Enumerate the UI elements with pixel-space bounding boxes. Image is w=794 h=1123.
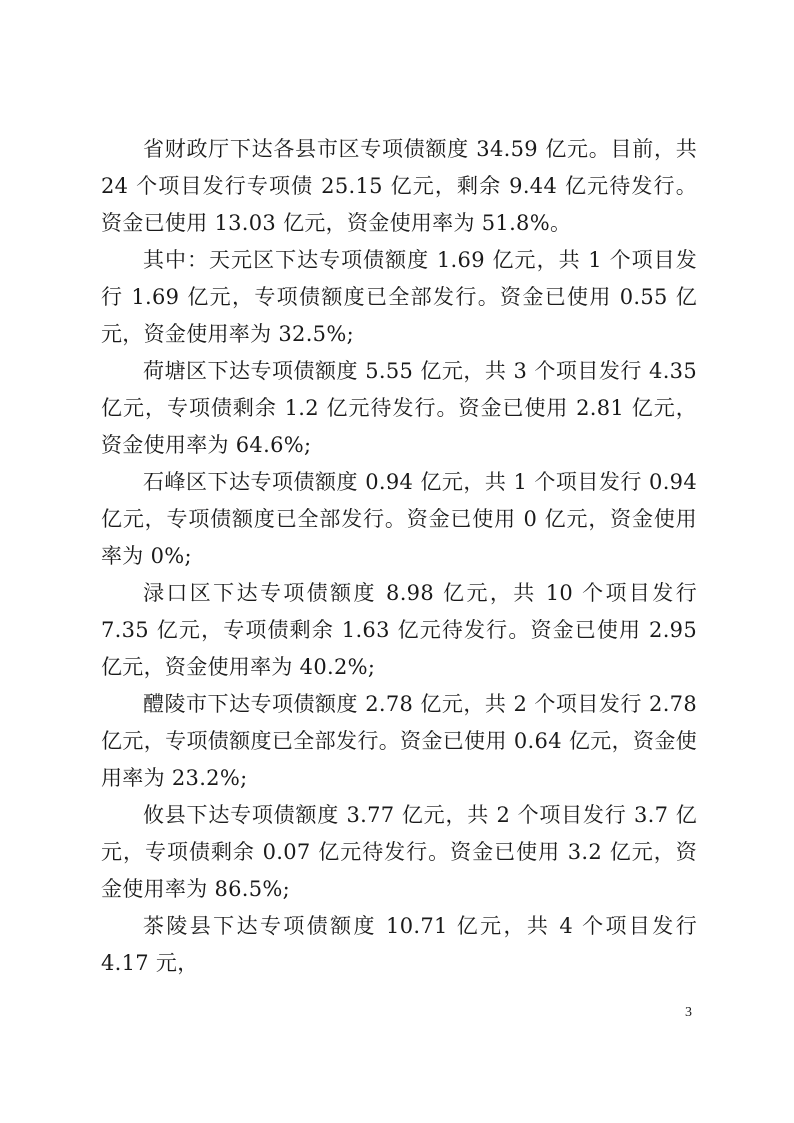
paragraph-hetang: 荷塘区下达专项债额度 5.55 亿元，共 3 个项目发行 4.35 亿元，专项债… [101,353,697,464]
paragraph-liling: 醴陵市下达专项债额度 2.78 亿元，共 2 个项目发行 2.78 亿元，专项债… [101,686,697,797]
paragraph-chaling: 茶陵县下达专项债额度 10.71 亿元，共 4 个项目发行 4.17 元， [101,908,697,982]
paragraph-lukou: 渌口区下达专项债额度 8.98 亿元，共 10 个项目发行 7.35 亿元，专项… [101,575,697,686]
page-number: 3 [685,1005,692,1021]
paragraph-tianyuan: 其中：天元区下达专项债额度 1.69 亿元，共 1 个项目发行 1.69 亿元，… [101,242,697,353]
document-body: 省财政厅下达各县市区专项债额度 34.59 亿元。目前，共 24 个项目发行专项… [101,131,697,982]
paragraph-summary: 省财政厅下达各县市区专项债额度 34.59 亿元。目前，共 24 个项目发行专项… [101,131,697,242]
document-page: 省财政厅下达各县市区专项债额度 34.59 亿元。目前，共 24 个项目发行专项… [0,0,794,1123]
paragraph-youxian: 攸县下达专项债额度 3.77 亿元，共 2 个项目发行 3.7 亿元，专项债剩余… [101,797,697,908]
paragraph-shifeng: 石峰区下达专项债额度 0.94 亿元，共 1 个项目发行 0.94 亿元，专项债… [101,464,697,575]
